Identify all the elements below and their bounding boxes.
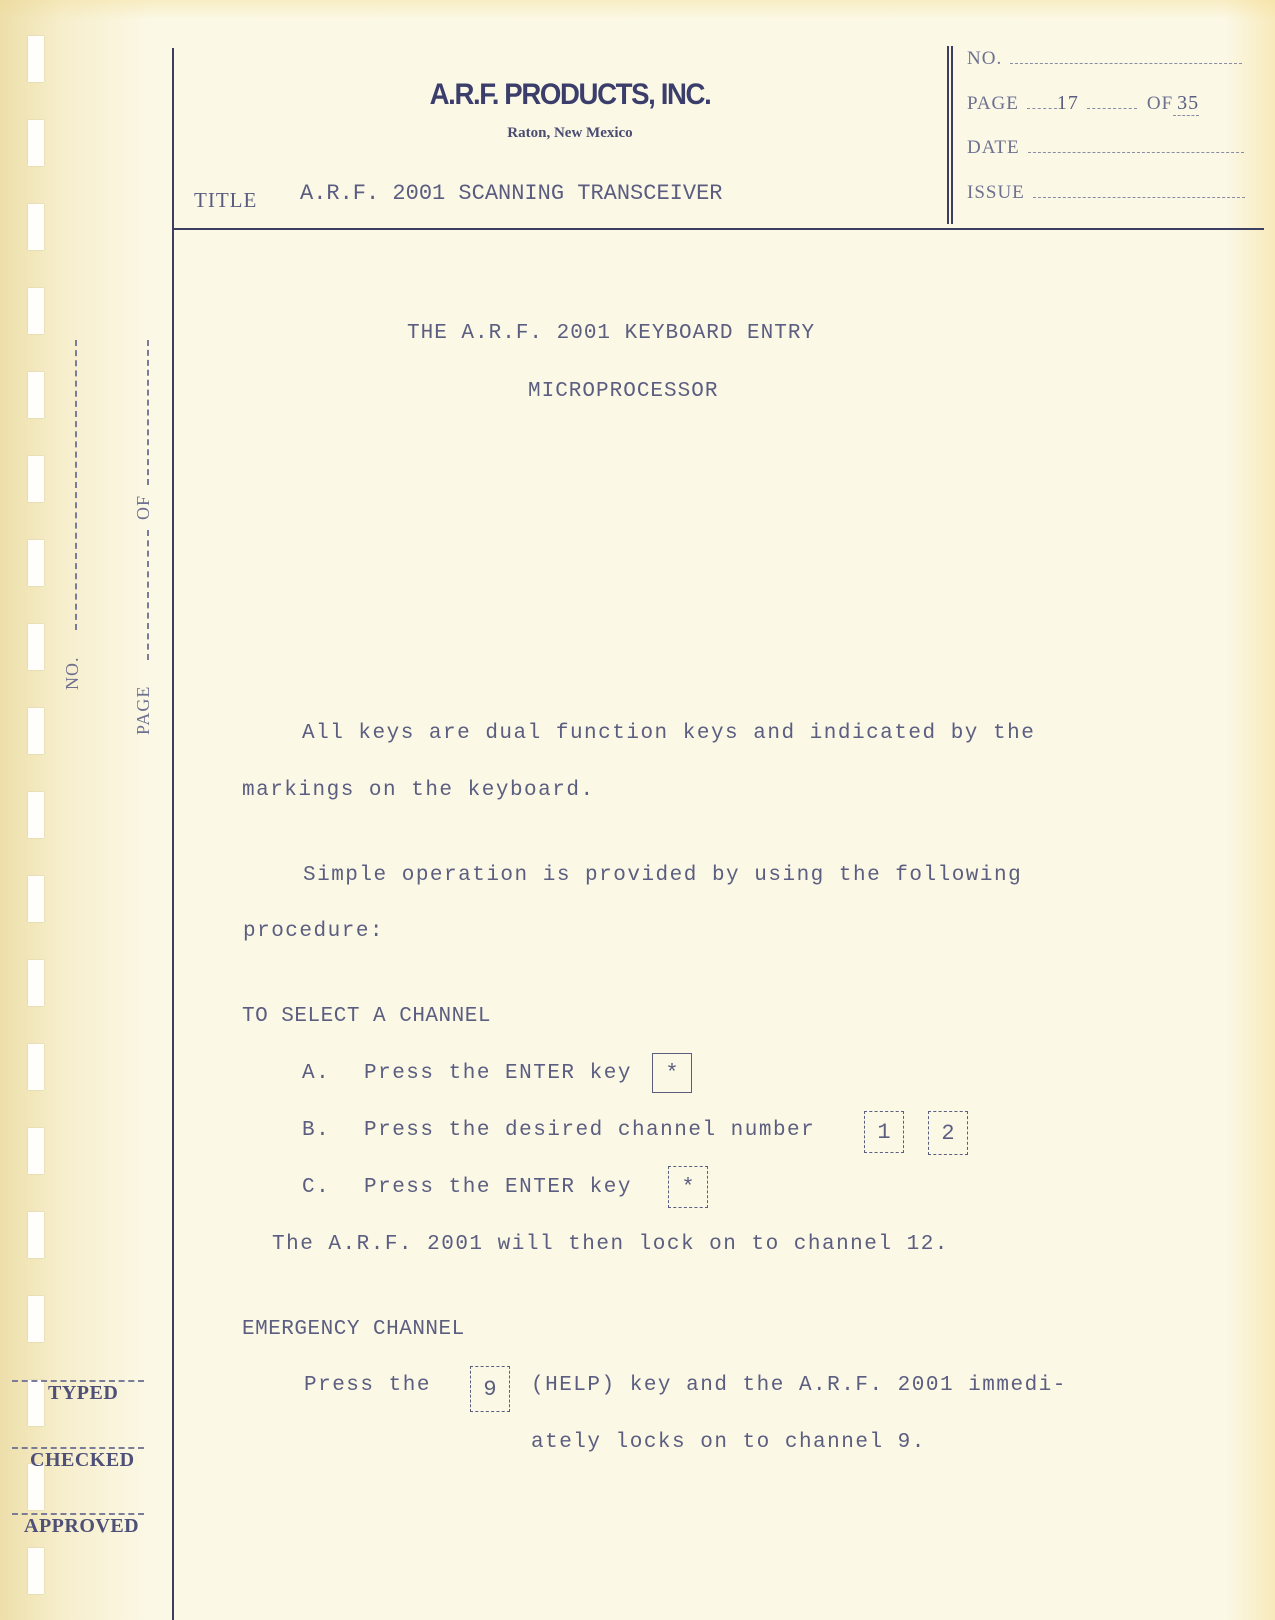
binder-hole [28,1548,44,1594]
meta-page-value: 17 [1057,92,1079,115]
key-1-icon: 1 [864,1111,904,1153]
step-b-letter: B. [302,1119,330,1142]
binder-hole [28,792,44,838]
binder-hole [28,624,44,670]
meta-no-label: NO. [967,48,1002,70]
meta-page-label: PAGE [967,93,1019,115]
side-no-label: NO. [62,657,83,691]
margin-rule [172,48,174,1620]
side-page-field [147,530,149,660]
emergency-text-line-2: ately locks on to channel 9. [531,1431,926,1454]
meta-page-field-lead [1027,108,1057,109]
step-c-letter: C. [302,1176,330,1199]
side-of-field [147,340,149,485]
title-label: TITLE [194,188,257,213]
section-heading-line1: THE A.R.F. 2001 KEYBOARD ENTRY [407,322,815,345]
company-location: Raton, New Mexico [300,125,840,142]
side-no-field [75,340,77,630]
meta-no-field [1010,63,1242,64]
step-c-text: Press the ENTER key [364,1176,632,1199]
section-heading-line2: MICROPROCESSOR [528,380,718,403]
binder-hole [28,120,44,166]
binder-hole [28,1044,44,1090]
document-title: A.R.F. 2001 SCANNING TRANSCEIVER [300,181,722,206]
approved-label: APPROVED [24,1515,139,1538]
meta-issue-row: ISSUE [967,182,1245,204]
meta-page-field-tail [1087,108,1137,109]
meta-of-label: OF [1147,93,1173,115]
paragraph-2-line-2: procedure: [243,920,384,943]
paragraph-1-line-1: All keys are dual function keys and indi… [302,722,1035,745]
side-page-label: PAGE [133,686,154,735]
meta-page-row: PAGE 17 OF 35 [967,92,1199,116]
select-channel-heading: TO SELECT A CHANNEL [242,1005,491,1028]
binder-hole [28,876,44,922]
side-of-label: OF [133,495,154,520]
meta-date-field [1028,152,1244,153]
paragraph-2-line-1: Simple operation is provided by using th… [303,864,1022,887]
binder-hole [28,1212,44,1258]
binder-hole [28,960,44,1006]
header-rule [174,228,1264,230]
binder-hole [28,1380,44,1426]
binder-hole [28,372,44,418]
company-name: A.R.F. PRODUCTS, INC. [322,78,819,112]
emergency-text-prefix: Press the [304,1374,431,1397]
step-a-letter: A. [302,1062,330,1085]
enter-key-icon: * [652,1053,692,1093]
emergency-text-suffix: (HELP) key and the A.R.F. 2001 immedi- [531,1374,1067,1397]
binder-hole [28,1128,44,1174]
meta-date-row: DATE [967,137,1244,159]
meta-no-row: NO. [967,48,1242,70]
meta-of-value: 35 [1173,92,1199,116]
meta-divider [951,46,953,224]
meta-date-label: DATE [967,137,1020,159]
key-2-icon: 2 [928,1111,968,1155]
binder-hole [28,708,44,754]
meta-divider [947,46,949,224]
step-b-text: Press the desired channel number [364,1119,815,1142]
step-a-text: Press the ENTER key [364,1062,632,1085]
binder-hole [28,456,44,502]
binder-hole [28,204,44,250]
meta-issue-field [1033,197,1245,198]
meta-issue-label: ISSUE [967,182,1025,204]
result-text: The A.R.F. 2001 will then lock on to cha… [272,1233,949,1256]
typed-label: TYPED [48,1382,118,1405]
checked-label: CHECKED [30,1449,135,1472]
binder-hole [28,36,44,82]
help-key-9-icon: 9 [470,1366,510,1412]
emergency-channel-heading: EMERGENCY CHANNEL [242,1318,465,1341]
binder-hole [28,540,44,586]
binder-hole [28,1296,44,1342]
binder-hole [28,288,44,334]
enter-key-icon: * [668,1166,708,1208]
paragraph-1-line-2: markings on the keyboard. [242,779,595,802]
